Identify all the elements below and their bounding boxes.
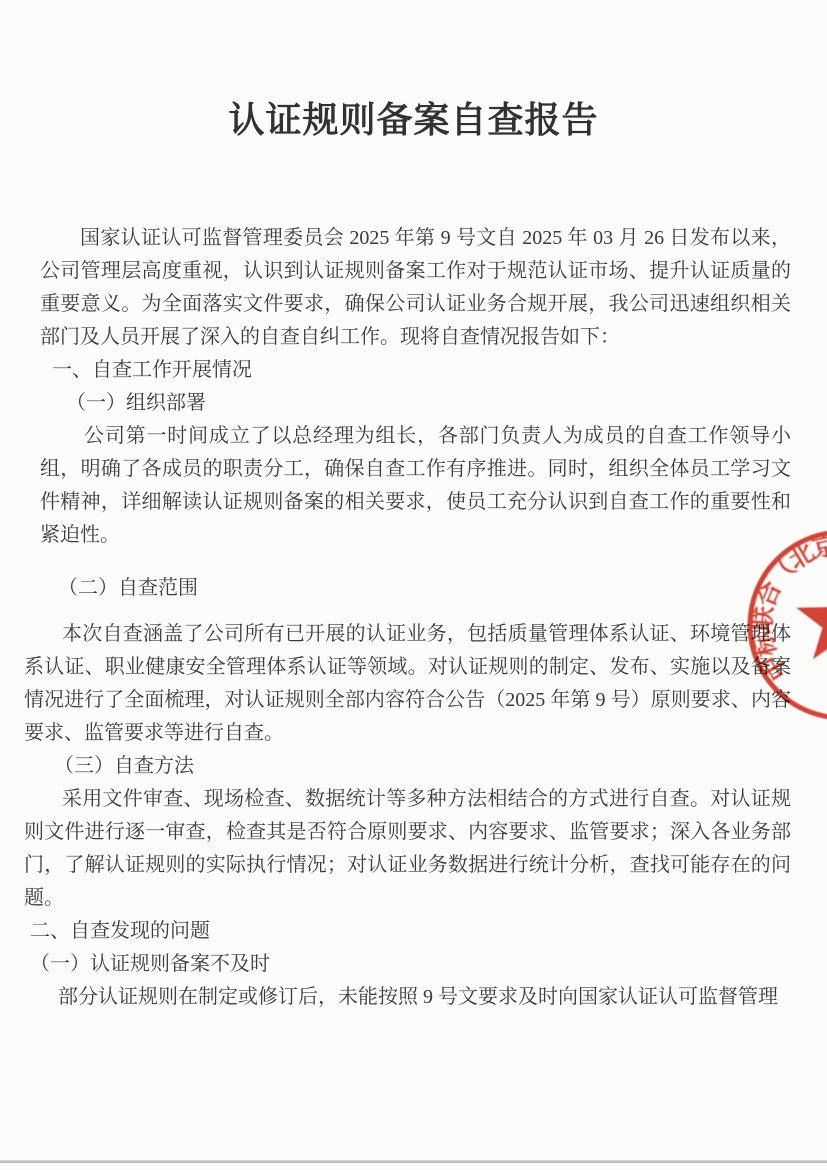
paragraph-body2: 公司第一时间成立了以总经理为组长，各部门负责人为成员的自查工作领导小组，明确了各…: [40, 420, 791, 552]
document-page: 认证规则备案自查报告 国家认证认可监督管理委员会 2025 年第 9 号文自 2…: [0, 0, 827, 1170]
section-heading-h2-1: （一）组织部署: [66, 387, 791, 420]
paragraph-body4: 采用文件审查、现场检查、数据统计等多种方法相结合的方式进行自查。对认证规则文件进…: [24, 783, 791, 915]
section-heading-h1-1: 一、自查工作开展情况: [52, 354, 791, 387]
section-heading-h1-2: 二、自查发现的问题: [30, 915, 791, 948]
section-heading-h2-3: （三）自查方法: [54, 750, 791, 783]
paragraph-body3: 本次自查涵盖了公司所有已开展的认证业务，包括质量管理体系认证、环境管理体系认证、…: [24, 618, 791, 750]
paragraph-intro: 国家认证认可监督管理委员会 2025 年第 9 号文自 2025 年 03 月 …: [40, 222, 791, 354]
document-title: 认证规则备案自查报告: [0, 0, 827, 143]
section-heading-h2-4: （一）认证规则备案不及时: [30, 948, 791, 981]
section-heading-h2-2: （二）自查范围: [58, 572, 791, 605]
paragraph-body5: 部分认证规则在制定或修订后，未能按照 9 号文要求及时向国家认证认可监督管理: [30, 981, 791, 1014]
document-body: 国家认证认可监督管理委员会 2025 年第 9 号文自 2025 年 03 月 …: [0, 222, 827, 1014]
scan-edge-line: [0, 1160, 827, 1163]
